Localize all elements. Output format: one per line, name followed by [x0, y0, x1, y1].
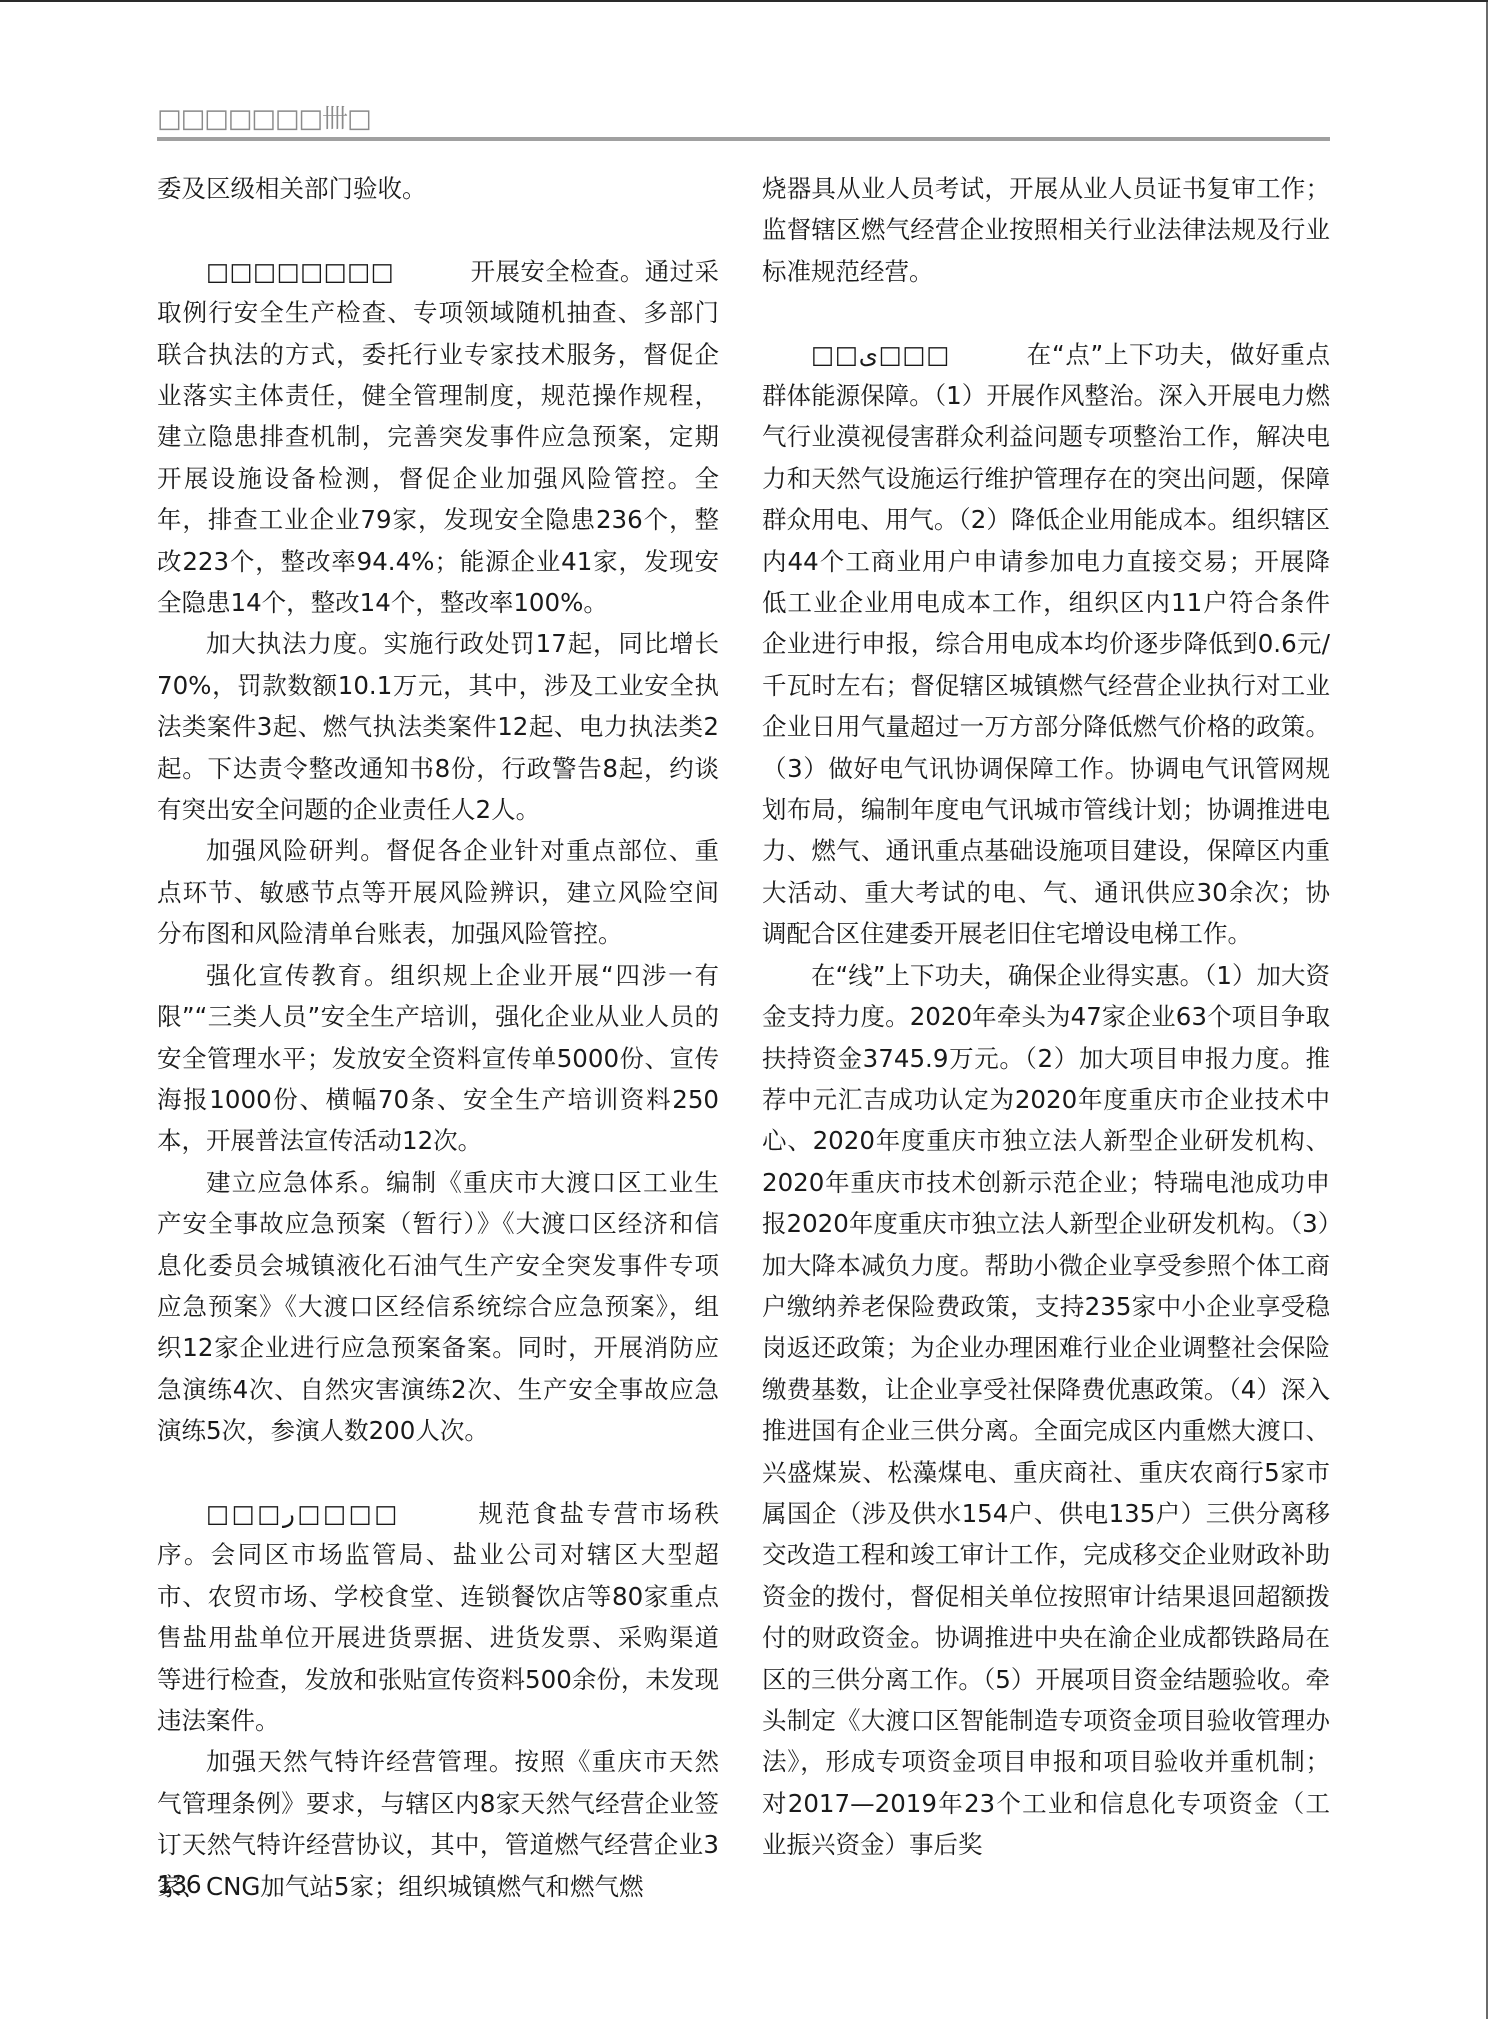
page-number: 136 — [157, 1870, 200, 1899]
section-gap — [157, 209, 719, 250]
paragraph: 建立应急体系。编制《重庆市大渡口区工业生产安全事故应急预案（暂行）》《大渡口区经… — [157, 1162, 719, 1452]
right-column: 烧器具从业人员考试，开展从业人员证书复审工作；监督辖区燃气经营企业按照相关行业法… — [762, 168, 1330, 1866]
paragraph: 加大执法力度。实施行政处罚17起，同比增长70%，罚款数额10.1万元，其中，涉… — [157, 623, 719, 830]
paragraph: 加强风险研判。督促各企业针对重点部位、重点环节、敏感节点等开展风险辨识，建立风险… — [157, 830, 719, 954]
paragraph-text: 规范食盐专营市场秩序。会同区市场监管局、盐业公司对辖区大型超市、农贸市场、学校食… — [157, 1499, 719, 1735]
continuation-paragraph: 烧器具从业人员考试，开展从业人员证书复审工作；监督辖区燃气经营企业按照相关行业法… — [762, 168, 1330, 292]
paragraph: 在“线”上下功夫，确保企业得实惠。（1）加大资金支持力度。2020年牵头为47家… — [762, 955, 1330, 1866]
paragraph: 加强天然气特许经营管理。按照《重庆市天然气管理条例》要求，与辖区内8家天然气经营… — [157, 1741, 719, 1907]
section-gap — [762, 292, 1330, 333]
section-gap — [157, 1452, 719, 1493]
section-heading: □□ی□□□ — [811, 340, 950, 369]
paragraph-text: 开展安全检查。通过采取例行安全生产检查、专项领域随机抽查、多部门联合执法的方式，… — [157, 257, 719, 617]
continuation-paragraph: 委及区级相关部门验收。 — [157, 168, 719, 209]
header-rule — [157, 137, 1330, 141]
section-paragraph: □□ی□□□在“点”上下功夫，做好重点群体能源保障。（1）开展作风整治。深入开展… — [762, 334, 1330, 955]
section-heading: □□□ر□□□□ — [206, 1499, 400, 1528]
section-paragraph: □□□□□□□□开展安全检查。通过采取例行安全生产检查、专项领域随机抽查、多部门… — [157, 251, 719, 624]
paragraph-text: 在“点”上下功夫，做好重点群体能源保障。（1）开展作风整治。深入开展电力燃气行业… — [762, 340, 1330, 949]
paragraph: 强化宣传教育。组织规上企业开展“四涉一有限”“三类人员”安全生产培训，强化企业从… — [157, 955, 719, 1162]
left-column: 委及区级相关部门验收。 □□□□□□□□开展安全检查。通过采取例行安全生产检查、… — [157, 168, 719, 1907]
running-header: □□□□□□□卌□ — [157, 103, 371, 135]
section-paragraph: □□□ر□□□□规范食盐专营市场秩序。会同区市场监管局、盐业公司对辖区大型超市、… — [157, 1493, 719, 1741]
section-heading: □□□□□□□□ — [206, 257, 394, 286]
